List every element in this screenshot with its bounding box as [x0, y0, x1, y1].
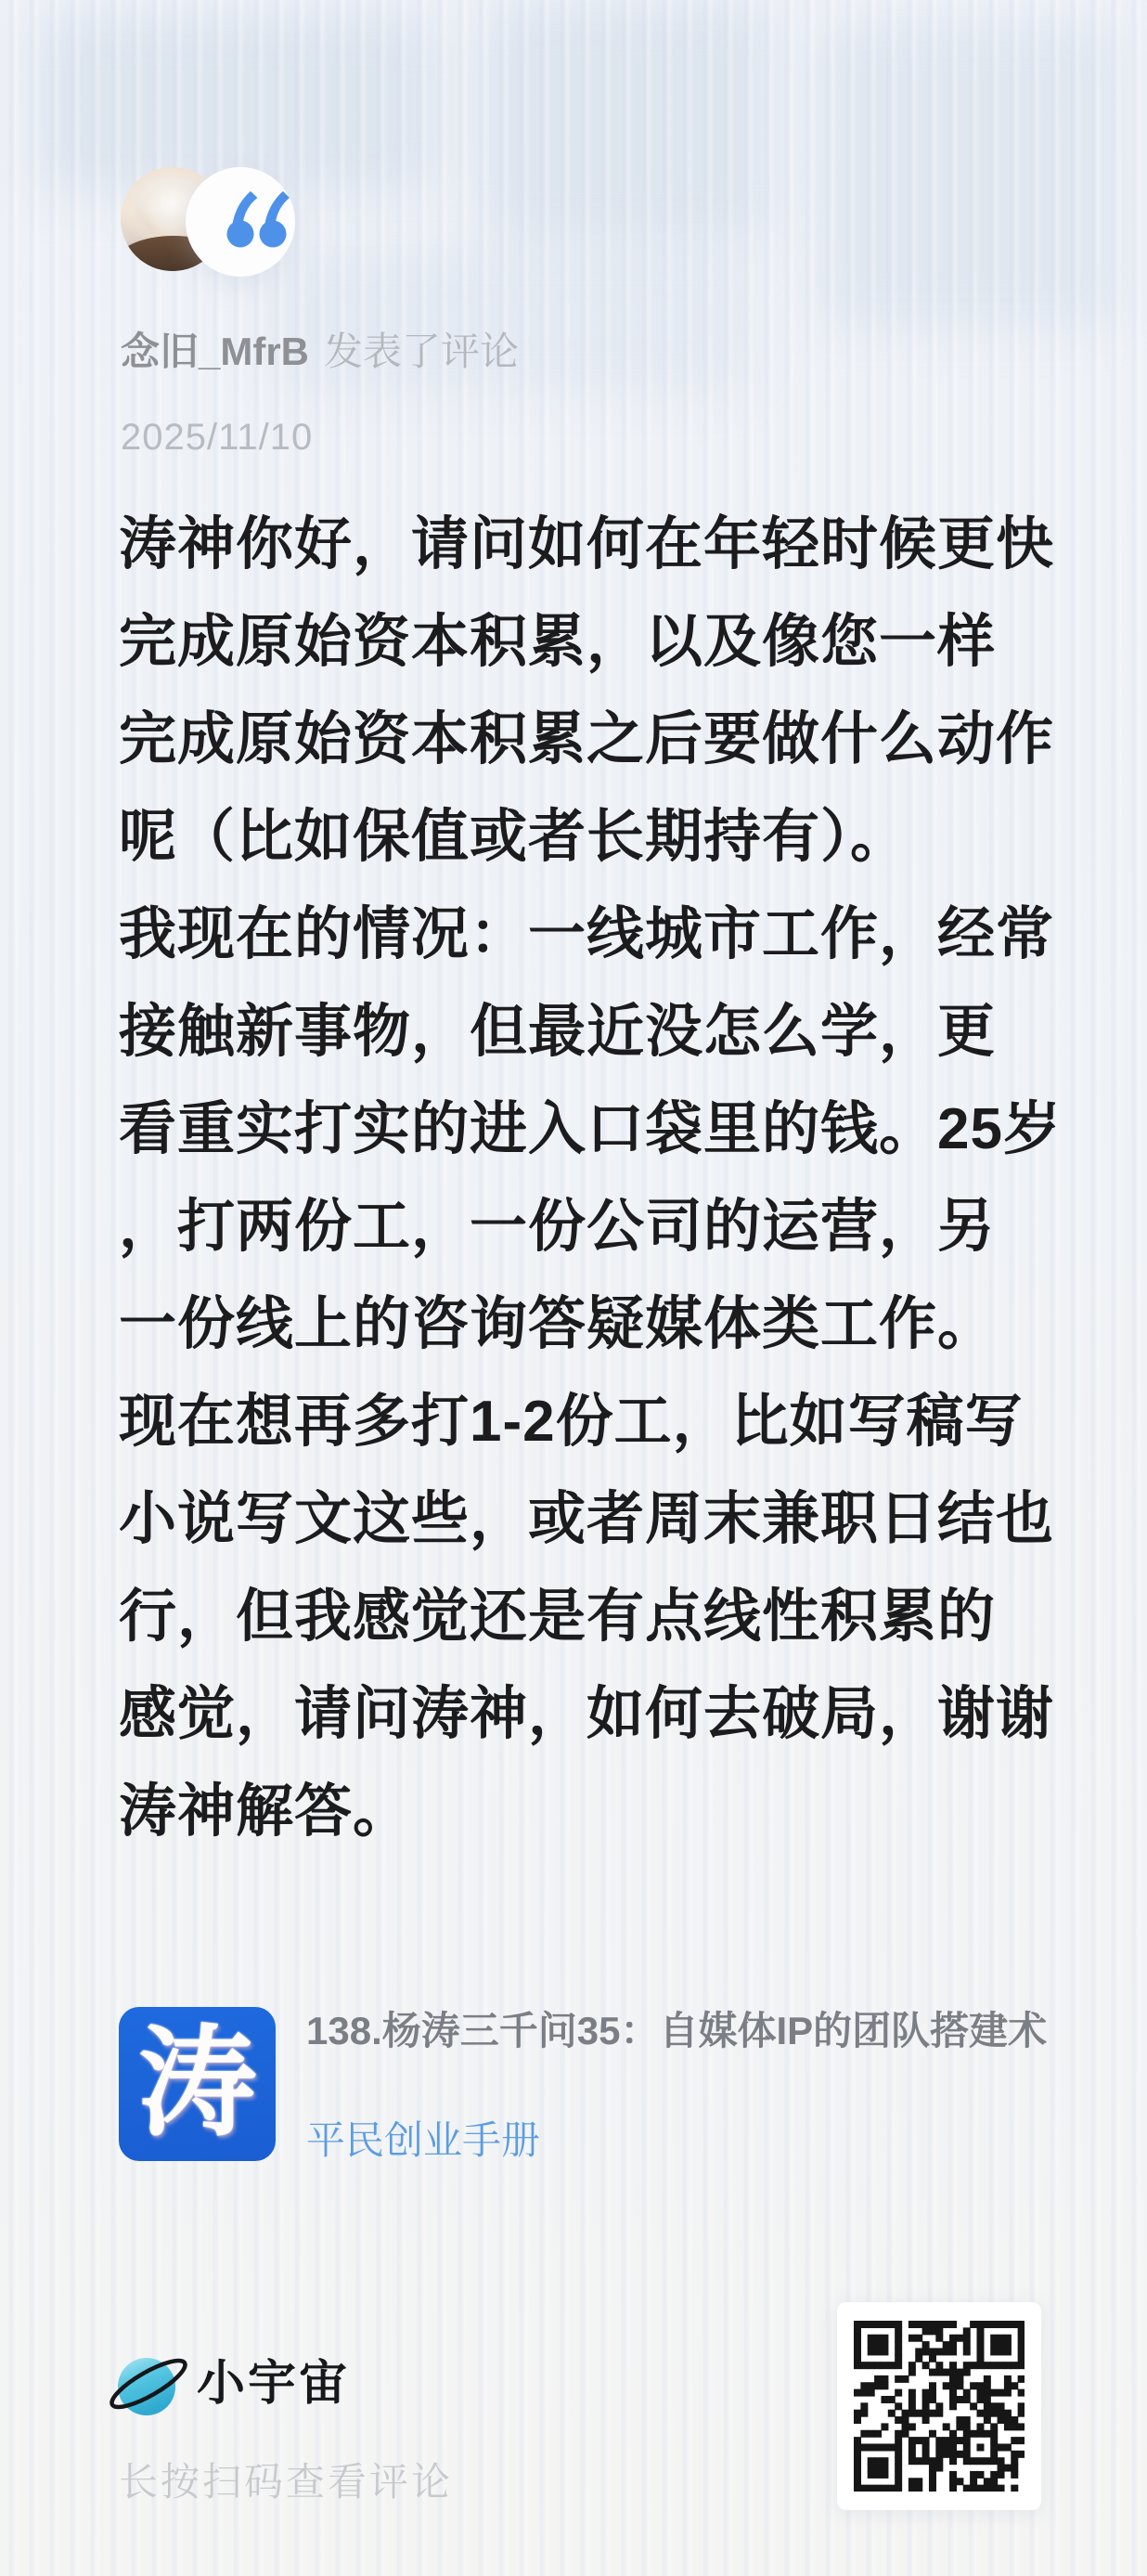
- planet-ring-icon: [106, 2343, 195, 2428]
- share-card: 念旧_MfrB发表了评论 2025/11/10 涛神你好，请问如何在年轻时候更快…: [0, 0, 1147, 2576]
- scan-hint-label: 长按扫码查看评论: [119, 2458, 453, 2506]
- comment-date: 2025/11/10: [121, 414, 313, 460]
- episode-cover[interactable]: 涛: [119, 2007, 276, 2161]
- comment-action-label: 发表了评论: [324, 330, 519, 373]
- commenter-name[interactable]: 念旧_MfrB: [121, 330, 309, 373]
- comment-line: 行，但我感觉还是有点线性积累的: [119, 1568, 1102, 1665]
- comment-line: 呢（比如保值或者长期持有）。: [119, 788, 1102, 886]
- app-logo: [106, 2343, 195, 2433]
- comment-line: 小说写文这些，或者周末兼职日结也: [119, 1470, 1102, 1568]
- qr-panel: [837, 2302, 1041, 2510]
- comment-line: 完成原始资本积累之后要做什么动作: [119, 691, 1102, 788]
- comment-line: 接触新事物，但最近没怎么学，更: [119, 983, 1102, 1081]
- comment-line: 看重实打实的进入口袋里的钱。25岁: [119, 1081, 1102, 1178]
- comment-line: 我现在的情况：一线城市工作，经常: [119, 886, 1102, 983]
- background-blur-shape: [817, 22, 1123, 329]
- comment-line: 涛神解答。: [119, 1763, 1102, 1860]
- comment-line: 完成原始资本积累，以及像您一样: [119, 593, 1102, 691]
- background-blur-shape: [483, 6, 770, 238]
- double-quote-icon: [226, 191, 290, 249]
- quote-bubble: [186, 167, 295, 277]
- comment-text: 涛神你好，请问如何在年轻时候更快完成原始资本积累，以及像您一样完成原始资本积累之…: [119, 496, 1102, 1860]
- episode-title: 138.杨涛三千问35：自媒体IP的团队搭建术: [306, 2007, 1047, 2055]
- comment-header: 念旧_MfrB发表了评论: [121, 327, 519, 377]
- podcast-name-link[interactable]: 平民创业手册: [306, 2116, 540, 2165]
- comment-line: ，打两份工，一份公司的运营，另: [119, 1178, 1102, 1275]
- qr-code[interactable]: [854, 2321, 1025, 2492]
- episode-card[interactable]: 涛 138.杨涛三千问35：自媒体IP的团队搭建术 平民创业手册: [119, 2007, 1047, 2165]
- comment-line: 涛神你好，请问如何在年轻时候更快: [119, 496, 1102, 593]
- app-name: 小宇宙: [197, 2354, 350, 2414]
- comment-line: 感觉，请问涛神，如何去破局，谢谢: [119, 1665, 1102, 1763]
- comment-line: 现在想再多打1-2份工，比如写稿写: [119, 1373, 1102, 1470]
- cover-character: 涛: [119, 2007, 276, 2161]
- comment-line: 一份线上的咨询答疑媒体类工作。: [119, 1275, 1102, 1373]
